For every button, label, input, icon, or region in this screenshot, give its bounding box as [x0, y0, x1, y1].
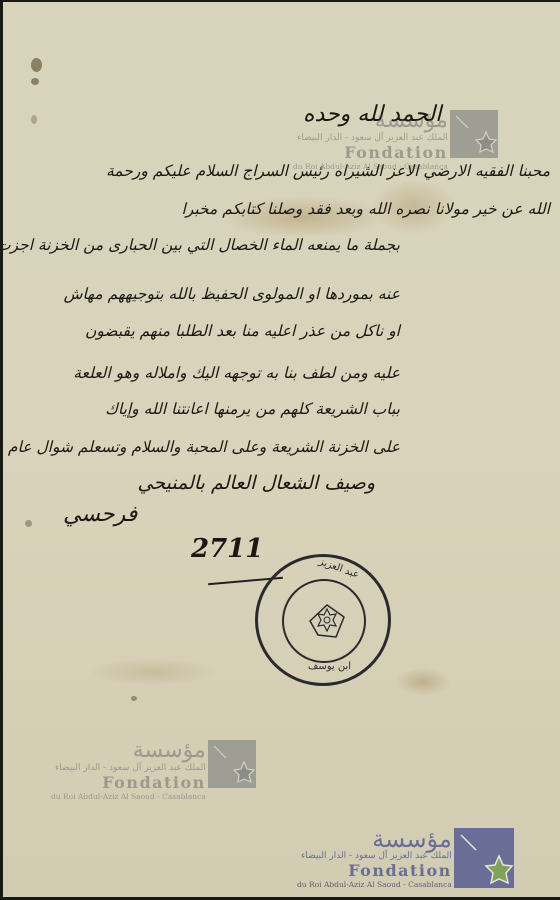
ink-stain — [25, 520, 32, 527]
manuscript-page: الحمد لله وحده محبنا الفقيه الارضي الاعز… — [3, 2, 560, 897]
body-line: وصيف الشعال العالم بالمنيحي — [138, 472, 375, 494]
watermark-latin-subtitle: du Roi Abdul-Aziz Al Saoud - Casablanca — [51, 792, 206, 802]
foundation-logo-icon — [208, 740, 256, 788]
body-line: على الخزنة الشريعة وعلى المحبة والسلام و… — [0, 438, 400, 456]
watermark-arabic-title: مؤسسة — [293, 110, 448, 132]
foundation-logo-icon — [450, 110, 498, 158]
watermark-latin-subtitle: du Roi Abdul-Aziz Al Saoud - Casablanca — [293, 162, 448, 172]
official-seal: عبد العزيز ابن يوسف — [255, 554, 391, 686]
watermark-arabic-title: مؤسسة — [51, 740, 206, 762]
ink-stain — [31, 115, 37, 124]
body-line: عنه بموردها او المولوى الحفيظ بالله بتوج… — [64, 285, 400, 303]
seal-text-bottom: ابن يوسف — [308, 661, 351, 672]
signature: فرحسي — [63, 502, 137, 527]
body-line: او ناكل من عذر اعليه منا بعد الطلبا منهم… — [85, 322, 400, 340]
body-line: عليه ومن لطف بنا به توجهه اليك واملاله و… — [73, 364, 400, 382]
watermark-latin-subtitle: du Roi Abdul-Aziz Al Saoud - Casablanca — [297, 880, 452, 890]
reference-number: 2711 — [191, 534, 263, 564]
ink-stain — [31, 78, 39, 85]
seal-text-top: عبد العزيز — [317, 556, 360, 581]
foundation-logo-icon — [454, 828, 514, 888]
watermark-latin-title: Fondation — [297, 862, 452, 880]
body-line: الله عن خير مولانا نصره الله وبعد فقد وص… — [182, 200, 550, 218]
watermark-arabic-title: مؤسسة — [297, 828, 452, 850]
ink-stain — [31, 58, 42, 72]
watermark-latin-title: Fondation — [293, 144, 448, 162]
watermark-bottom: مؤسسة الملك عبد العزيز آل سعود - الدار ا… — [297, 828, 514, 890]
eight-pointed-star-icon — [306, 599, 348, 641]
body-line: بباب الشريعة كلهم من يرمنها اعانتنا الله… — [105, 400, 400, 418]
ink-stain — [131, 696, 137, 701]
watermark-middle: مؤسسة الملك عبد العزيز آل سعود - الدار ا… — [51, 740, 256, 802]
body-line: بجملة ما يمنعه الماء الخصال التي بين الح… — [0, 236, 400, 254]
watermark-top: مؤسسة الملك عبد العزيز آل سعود - الدار ا… — [293, 110, 498, 172]
seal-inner-ring — [282, 579, 366, 663]
watermark-latin-title: Fondation — [51, 774, 206, 792]
